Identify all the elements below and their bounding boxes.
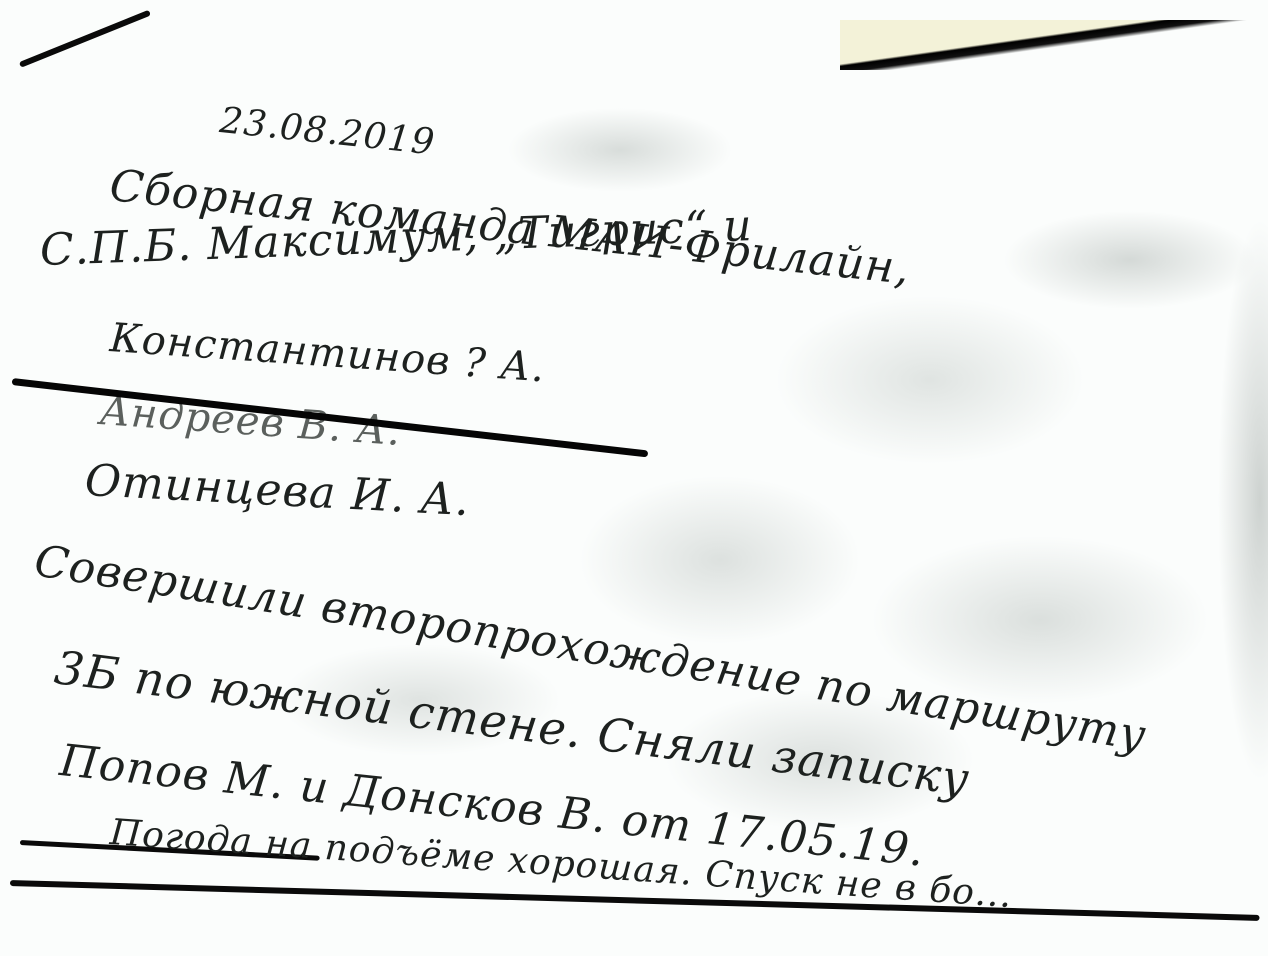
paper-crease	[19, 10, 151, 68]
paper-top-edge	[840, 20, 1268, 70]
